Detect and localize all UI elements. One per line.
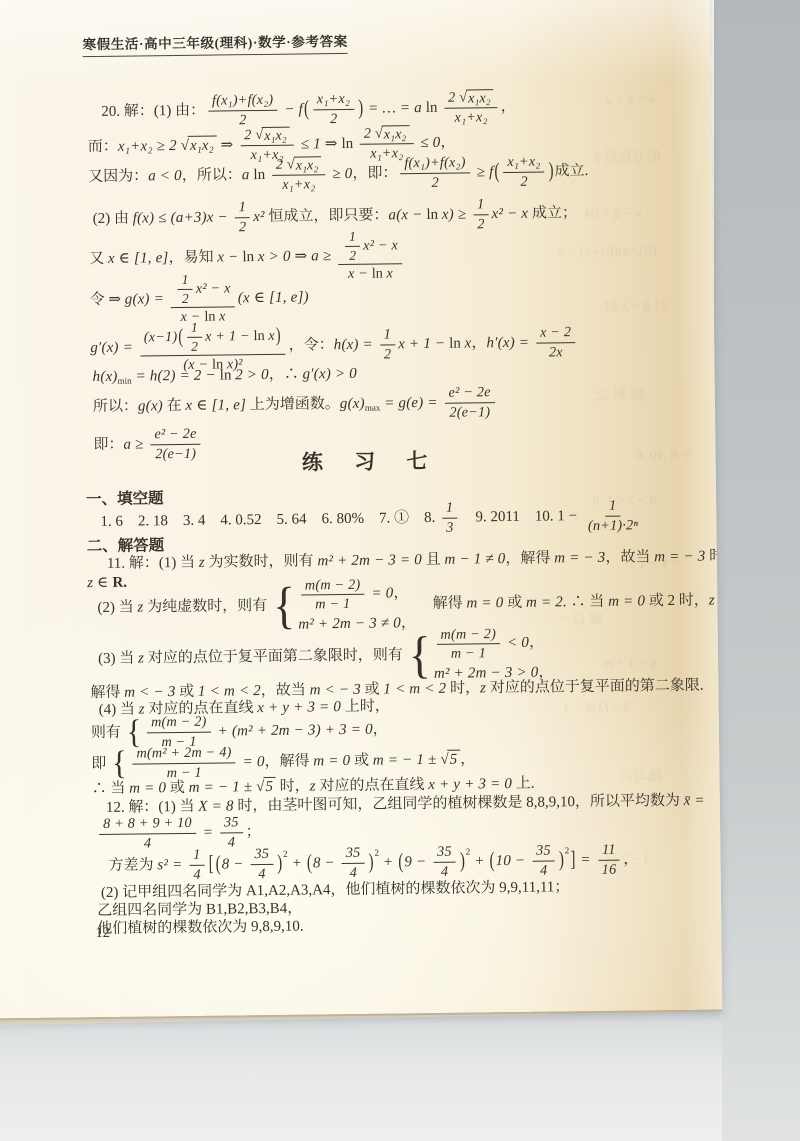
denominator: 2 <box>427 173 443 191</box>
text-run: 又 <box>89 249 108 268</box>
bleedthrough-layer: 4 = x + 2的方程是 8x − 2 = 04(01+x)(61+x) = … <box>0 0 722 4</box>
math-run: = <box>199 823 217 842</box>
math-lines: 20. 解：(1) 由：f(x₁)+f(x₂)2 − f(x₁+x₂2) = …… <box>0 0 722 4</box>
math-run: m = 2. <box>526 593 567 612</box>
big-bracket: ( <box>307 850 312 877</box>
numerator: 2 √x₁x₂ <box>240 126 294 146</box>
text-run: ，令： <box>289 336 334 355</box>
text-run: (2) 当 <box>97 598 137 617</box>
math-run: 2 <box>349 248 356 264</box>
math-run: g(x) = <box>125 290 168 309</box>
numerator: x − 2 <box>536 324 575 343</box>
numerator: 35 <box>220 814 243 833</box>
numerator: m(m − 2) <box>147 714 211 733</box>
math-run: m = − 1 ± <box>373 750 441 770</box>
math-run: 2(e−1) <box>449 404 490 421</box>
text-run: 在 <box>163 397 186 416</box>
text-run: ，解得 <box>265 752 314 771</box>
text-run: 或 2 时， <box>645 591 709 611</box>
text-run: 为实数时，则有 <box>205 552 318 572</box>
math-run: 4 <box>258 865 266 881</box>
text-run: 或 <box>503 593 526 612</box>
math-run: ≤ 0 <box>416 133 440 152</box>
text-run: 且 <box>422 550 445 569</box>
math-run: − f <box>280 100 303 119</box>
big-bracket: ( <box>494 158 499 185</box>
cases-row: m(m − 2)m − 1 < 0， <box>433 625 544 662</box>
text-run: 时，由茎叶图可知，乙组同学的植树棵数是 8,8,9,10，所以平均数为 <box>234 791 684 815</box>
math-run: 3 <box>446 519 454 535</box>
denominator: 2x <box>545 343 567 361</box>
math-run: a(x − <box>388 206 426 225</box>
text-run: ，所以： <box>182 166 242 185</box>
math-run: 4 <box>540 862 548 878</box>
math-run: 2 <box>244 127 255 144</box>
math-run: ≥ f <box>473 163 494 182</box>
math-run: 1 <box>182 272 189 288</box>
fraction: 14 <box>189 847 205 883</box>
numerator: e² − 2e <box>150 426 200 445</box>
numerator: m(m − 2) <box>301 577 365 596</box>
cases-rows: m(m − 2)m − 1 < 0，m² + 2m − 3 > 0， <box>433 625 553 683</box>
big-bracket: ) <box>548 158 553 185</box>
math-run: 1 < m < 2 <box>383 679 446 699</box>
numerator: x₁+x₂ <box>503 154 544 173</box>
numerator: 35 <box>532 843 555 862</box>
math-run: x₁+x₂ <box>507 154 540 171</box>
math-run: 8 + 8 + 9 + 10 <box>103 815 192 832</box>
numerator: 2 √x₁x₂ <box>444 89 498 109</box>
superscript: 2 <box>565 846 570 857</box>
text-run: 他们植树的棵数依次为 9,8,9,10. <box>97 917 303 938</box>
math-run: x − 2 <box>540 324 571 341</box>
math-run: 35 <box>224 814 239 831</box>
p20-l10: 即：a ≥ e² − 2e2(e−1) <box>93 422 204 467</box>
denominator: 4 <box>189 865 205 883</box>
text-run: 恒成立，即只要： <box>265 206 389 226</box>
math-run: ⇒ <box>217 136 238 155</box>
numerator: 1 <box>345 229 360 247</box>
text-run: ， <box>529 634 544 653</box>
radical: √x₁x₂ <box>255 126 290 144</box>
denominator: 2 <box>345 247 360 264</box>
math-run: m = 0 <box>313 752 350 771</box>
fraction: 354 <box>433 844 456 880</box>
fraction: e² − 2e2(e−1) <box>444 384 495 420</box>
text-run: 令 ⇒ <box>90 290 125 309</box>
math-run: 1 <box>384 327 392 343</box>
denominator: x₁+x₂ <box>450 108 491 126</box>
math-run: s² = <box>157 856 186 875</box>
denominator: 2 <box>473 215 489 233</box>
math-run: g′(x) = <box>90 338 137 357</box>
math-run: 2 <box>191 339 198 355</box>
big-bracket: ] <box>570 847 575 874</box>
text-run: 而： <box>88 137 118 156</box>
numerator: f(x₁)+f(x₂) <box>400 155 470 174</box>
denominator: (n+1)·2ⁿ <box>584 516 642 534</box>
fraction: 12 <box>473 196 489 232</box>
denominator: 2(e−1) <box>151 444 200 462</box>
fraction: 13 <box>442 500 458 536</box>
numerator: x₁+x₂ <box>313 91 354 110</box>
math-run: m(m − 2) <box>305 577 361 594</box>
cases-rows: m(m − 2)m − 1 = 0，m² + 2m − 3 ≠ 0， <box>298 576 416 634</box>
math-run: m = − 3 <box>654 547 705 566</box>
math-run: 4 <box>441 863 449 879</box>
fraction: 12 <box>187 320 202 354</box>
math-run: 8 − <box>313 854 339 873</box>
math-run: = 0 <box>367 585 393 604</box>
math-run: 2 <box>182 291 189 307</box>
math-run: x + y + 3 = 0 <box>428 775 512 795</box>
math-run: x + 1 − <box>398 334 449 353</box>
math-run: f(x₁)+f(x₂) <box>404 155 465 172</box>
fraction: 354 <box>532 843 555 879</box>
math-run: 1 <box>609 498 617 514</box>
math-run: ≤ 1 ⇒ <box>297 135 342 154</box>
fraction: 1(n+1)·2ⁿ <box>584 497 643 533</box>
math-run: e² − 2e <box>154 426 196 443</box>
big-bracket: ( <box>489 848 494 875</box>
fraction: x₁+x₂2 <box>503 154 545 190</box>
math-run: f(x) ≤ (a+3)x − <box>133 208 232 228</box>
radicand: 5 <box>448 750 461 770</box>
text-run: 对应的点位于复平面的第二象限. <box>486 676 704 697</box>
text-run: 或 <box>350 751 373 770</box>
radical: √5 <box>256 777 276 797</box>
book-page: 寒假生活·高中三年级(理科)·数学·参考答案 练 习 七 一、填空题 二、解答题… <box>0 0 722 1019</box>
text-run: 11. 解：(1) 当 <box>107 553 199 573</box>
math-run: h′(x) = <box>486 333 533 352</box>
text-run: (2) 由 <box>93 209 133 228</box>
text-run: ln <box>254 328 269 345</box>
text-run: ln <box>341 134 357 153</box>
math-run: 1 <box>191 320 198 336</box>
text-run: 成立. <box>554 162 588 181</box>
math-run: 9 − <box>404 853 430 872</box>
text-run: ，易知 <box>168 248 217 267</box>
math-run: 2 <box>520 173 528 189</box>
math-run: f(x₁)+f(x₂) <box>212 92 273 109</box>
text-run: 对应的点位于复平面第二象限时，则有 <box>144 646 407 668</box>
text-run: 上. <box>512 774 535 793</box>
radicand: x₁x₂ <box>466 89 494 107</box>
text-run: 9. 2011 10. 1 − <box>460 507 581 527</box>
math-run: 8 − <box>222 855 248 874</box>
text-run: 时， <box>446 679 480 698</box>
math-run: x ∈ [1, e] <box>185 396 246 415</box>
big-bracket: ) <box>276 324 281 348</box>
math-run: x² <box>253 208 265 227</box>
radicand: x₁x₂ <box>382 125 410 143</box>
math-run: 2x <box>549 344 563 361</box>
math-run: 35 <box>437 844 452 861</box>
text-run: 成立； <box>528 204 577 223</box>
text-run: 为纯虚数时，则有 <box>143 597 271 617</box>
text-run: 20. 解：(1) 由： <box>101 101 205 121</box>
math-run: m − 1 <box>315 596 350 613</box>
text-run: ln <box>220 366 236 385</box>
numerator: 12x² − x <box>171 272 235 309</box>
text-run: ，即： <box>352 164 397 183</box>
text-run: 即： <box>93 435 123 454</box>
denominator: 4 <box>346 863 362 881</box>
math-run: h(x) <box>93 367 118 386</box>
radical: √x₁x₂ <box>375 125 410 143</box>
text-run: 对应的点在直线 <box>316 776 429 796</box>
brace-icon: { <box>408 629 431 681</box>
math-run: m = − 1 ± <box>189 778 257 798</box>
text-run: 上为增函数。 <box>246 395 340 415</box>
bleedthrough-text: 练习六 <box>619 766 661 787</box>
denominator: 2 <box>187 338 202 355</box>
cases-row: m(m − 2)m − 1 = 0， <box>298 576 409 613</box>
radical: √x₁x₂ <box>459 89 494 107</box>
text-run: ln <box>372 266 387 283</box>
big-bracket: ) <box>460 848 465 875</box>
math-run: 2 <box>364 126 375 143</box>
math-run: m = 0 <box>466 594 503 613</box>
big-bracket: ( <box>304 96 309 123</box>
text-run: 或 <box>166 779 189 798</box>
numerator: m(m − 2) <box>436 626 500 645</box>
q12-l4: (2) 记甲组四名同学为 A1,A2,A3,A4，他们植树的棵数依次为 9,9,… <box>101 878 570 902</box>
math-run: 1 <box>477 196 485 212</box>
fraction: 354 <box>250 846 273 882</box>
math-run: 2 <box>276 157 287 174</box>
fraction: 12 <box>380 326 396 362</box>
text-run: ln <box>426 98 442 117</box>
math-run: m − 1 <box>451 645 486 662</box>
fraction: 1116 <box>597 842 620 878</box>
big-bracket: ( <box>178 325 183 349</box>
math-run: = 0 <box>239 753 265 772</box>
superscript: 2 <box>283 849 288 860</box>
radical: √x₁x₂ <box>287 156 322 174</box>
superscript: 2 <box>374 848 379 859</box>
math-run: < 0 <box>503 634 529 653</box>
p20-l3: 又因为：a < 0，所以：a ln 2 √x₁x₂x₁+x₂ ≥ 0，即：f(x… <box>88 149 589 199</box>
radicand: x₁x₂ <box>294 156 322 174</box>
math-run: e² − 2e <box>448 384 490 401</box>
bleedthrough-text: 4 = x + 2 <box>605 92 656 109</box>
math-run: m − 1 ≠ 0 <box>444 550 505 569</box>
math-run: x <box>386 266 393 282</box>
math-run: x <box>268 328 275 344</box>
math-run: 2 <box>477 216 485 232</box>
fraction: m(m² + 2m − 4)m − 1 <box>132 744 236 781</box>
math-run: = g(e) = <box>380 393 442 412</box>
big-bracket: ( <box>215 851 220 878</box>
brace-icon: { <box>273 580 296 632</box>
text-run: 方差为 <box>108 856 157 875</box>
text-run: 解得 <box>418 594 467 613</box>
math-run: x − <box>217 248 242 267</box>
fraction: f(x₁)+f(x₂)2 <box>400 155 470 192</box>
text-run: ∴ 当 <box>567 592 608 611</box>
fraction: 354 <box>342 845 365 881</box>
text-run: 又因为： <box>88 167 148 186</box>
math-run: = … = a <box>364 99 426 119</box>
math-run: g(x) <box>340 394 365 413</box>
bleedthrough-text: 9 .8 .10 .6 <box>636 448 692 465</box>
denominator: 2 <box>178 290 193 307</box>
text-run: ， <box>471 334 486 353</box>
math-run: m = 0 <box>129 779 166 798</box>
numerator: 1 <box>178 272 193 290</box>
big-bracket: ) <box>559 847 564 874</box>
denominator: m − 1 <box>447 644 490 662</box>
math-run: ≥ 0 <box>328 164 352 183</box>
big-bracket: ) <box>358 95 363 122</box>
denominator: 16 <box>598 860 621 878</box>
text-run: ln <box>426 205 442 224</box>
denominator: 2(e−1) <box>445 403 494 421</box>
math-run: m(m − 2) <box>440 626 496 643</box>
subscript-label: max <box>365 403 381 414</box>
denominator: 3 <box>442 518 458 536</box>
math-run: x₁+x₂ <box>317 91 350 108</box>
text-run: ln <box>242 248 258 267</box>
math-run: 1 <box>446 500 454 516</box>
math-run: 2 <box>448 90 459 107</box>
cases-group: {m(m − 2)m − 1 < 0，m² + 2m − 3 > 0， <box>408 625 553 683</box>
math-run: 10 − <box>496 851 530 870</box>
math-run: x + 1 − <box>205 328 254 345</box>
numerator: 1 <box>235 199 251 218</box>
bleedthrough-text: 的方程是 8 <box>594 146 661 167</box>
numerator: 1 <box>189 847 205 866</box>
math-run: x² − x <box>196 280 231 297</box>
math-run: 2 <box>431 174 439 190</box>
math-run: 1 <box>239 199 247 215</box>
fraction: 12 <box>345 229 360 263</box>
radical: √5 <box>440 750 460 770</box>
bleedthrough-text: (01+x)(61+x) = S <box>557 244 656 261</box>
denominator: m − 1 <box>311 595 354 613</box>
text-run: ln <box>449 334 465 353</box>
math-run: 4 <box>350 864 358 880</box>
numerator: 12x² − x <box>338 229 402 266</box>
numerator: 1 <box>473 196 489 215</box>
math-run: + <box>470 852 488 871</box>
denominator: 4 <box>536 861 552 879</box>
text-run: ， <box>501 97 516 116</box>
math-run: 1 <box>193 847 201 863</box>
denominator: 4 <box>437 862 453 880</box>
math-run: 11 <box>602 842 616 859</box>
q12-l6: 他们植树的棵数依次为 9,8,9,10. <box>97 918 303 939</box>
text-run: 则有 <box>91 723 125 742</box>
text-run: ln <box>253 166 269 185</box>
math-run: x₁+x₂ <box>454 109 487 126</box>
bleedthrough-text: 5 = (λ)S − 1 <box>563 701 631 718</box>
math-run: 35 <box>254 846 269 863</box>
numerator: 35 <box>250 846 273 865</box>
math-run: 2 > 0 <box>235 366 269 385</box>
denominator: 2 <box>516 172 532 190</box>
numerator: 1 <box>187 320 202 338</box>
radicand: 5 <box>263 777 276 797</box>
text-run: ，∴ <box>269 365 303 384</box>
fraction: 12x² − xx − ln x <box>171 272 235 326</box>
numerator: (x−1)(12x + 1 − ln x) <box>140 319 286 357</box>
math-run: (x−1) <box>144 329 178 346</box>
math-run: 4 <box>193 866 201 882</box>
math-run: 16 <box>602 861 617 878</box>
numerator: 1 <box>605 498 621 517</box>
text-run: ，故当 <box>605 548 654 567</box>
math-run: + (m² + 2m − 3) + 3 = 0 <box>214 720 373 741</box>
math-run: (x ∈ [1, e]) <box>238 288 309 308</box>
numerator: 1 <box>380 326 396 345</box>
math-run: x² − x <box>363 237 398 254</box>
brace-icon: { <box>112 747 127 781</box>
denominator: 4 <box>254 864 270 882</box>
big-bracket: ( <box>398 849 403 876</box>
math-run: a < 0 <box>148 167 182 186</box>
text-run: ∴ 当 <box>92 779 130 798</box>
math-run: = <box>576 851 594 870</box>
fraction: e² − 2e2(e−1) <box>150 426 201 462</box>
fraction: x − 22x <box>536 324 576 360</box>
ex7-items: 1. 6 2. 18 3. 4 4. 0.52 5. 64 6. 80% 7. … <box>100 493 645 544</box>
numerator: 2 √x₁x₂ <box>360 125 414 145</box>
text-run: 即 <box>91 755 110 774</box>
numerator: 8 + 8 + 9 + 10 <box>99 815 196 835</box>
math-run: a ≥ <box>123 435 147 454</box>
text-run: ， <box>440 133 455 152</box>
math-run: + <box>379 853 397 872</box>
running-header: 寒假生活·高中三年级(理科)·数学·参考答案 <box>82 30 347 57</box>
cases-group: {m(m − 2)m − 1 = 0，m² + 2m − 3 ≠ 0， <box>273 576 416 634</box>
numerator: f(x₁)+f(x₂) <box>208 92 278 111</box>
radicand: x₁x₂ <box>262 126 290 144</box>
fraction: m(m − 2)m − 1 <box>436 626 500 663</box>
math-run: x) ≥ <box>442 205 471 224</box>
text-run: ， <box>393 584 408 603</box>
numerator: 2 √x₁x₂ <box>272 156 326 176</box>
math-run: h(x) = <box>334 335 377 354</box>
text-run: 所以： <box>93 397 138 416</box>
math-run: g(x) <box>138 397 163 416</box>
numerator: m(m² + 2m − 4) <box>132 744 235 764</box>
fraction: 12 <box>178 272 193 306</box>
math-run: x ∈ [1, e] <box>108 249 169 268</box>
text-run: ， <box>373 720 388 739</box>
math-run: m = 0 <box>608 592 645 611</box>
math-run: x² − x <box>491 204 528 223</box>
text-run: ， <box>623 850 638 869</box>
denominator: 2 <box>380 345 396 363</box>
bleedthrough-text: x = 1 + m <box>602 656 657 673</box>
big-bracket: [ <box>208 851 213 878</box>
math-run: 2 <box>384 346 392 362</box>
bleedthrough-text: 随 机 之 <box>595 384 644 405</box>
math-run: 35 <box>346 845 361 862</box>
math-run: a <box>242 166 254 185</box>
math-run: + <box>288 854 306 873</box>
math-run: m² + 2m − 3 = 0 <box>317 551 422 571</box>
text-run: 1. 6 2. 18 3. 4 4. 0.52 5. 64 6. 80% 7. … <box>100 508 439 531</box>
math-run: x̄ = <box>684 791 705 810</box>
bleedthrough-text: 时 8 = λ 时 <box>604 296 668 317</box>
numerator: 35 <box>433 844 456 863</box>
text-run: 时， <box>276 777 310 796</box>
fraction: m(m − 2)m − 1 <box>301 577 365 614</box>
numerator: e² − 2e <box>444 384 494 403</box>
